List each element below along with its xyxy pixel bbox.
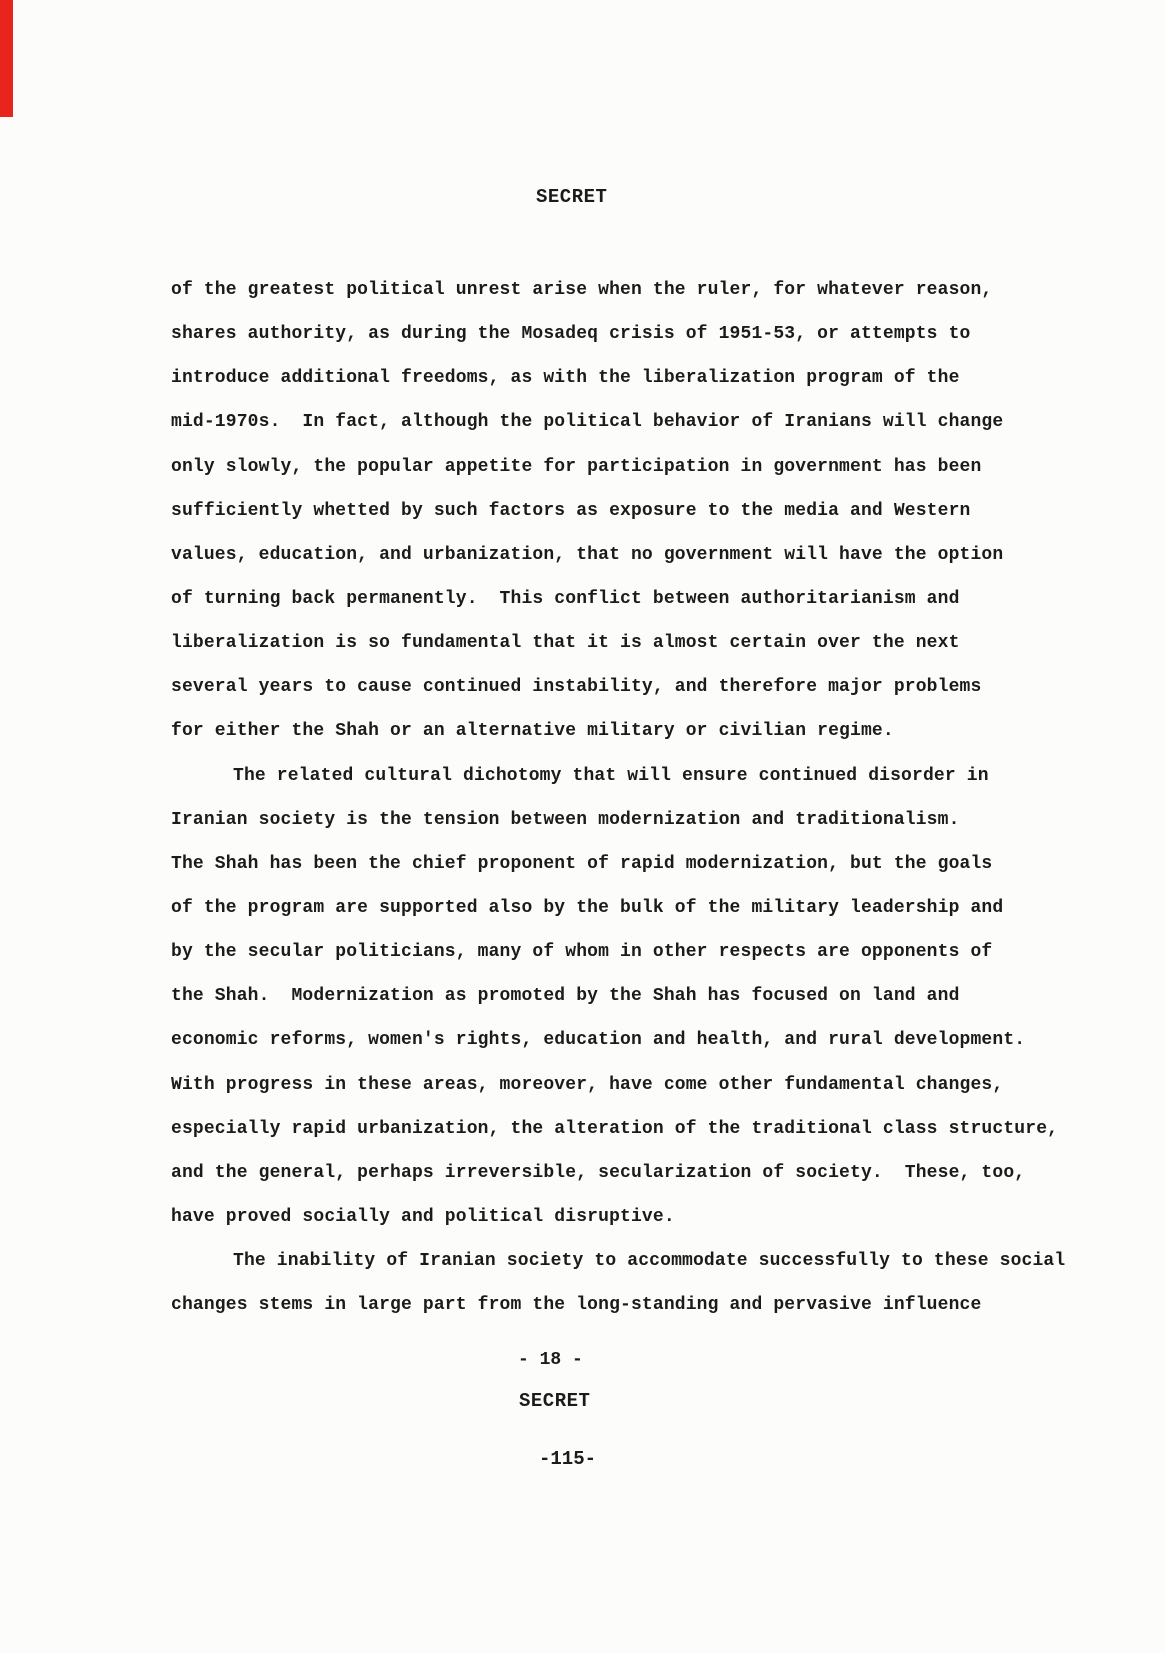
body-line: of the program are supported also by the… [171, 886, 1071, 930]
body-line: especially rapid urbanization, the alter… [171, 1107, 1071, 1151]
body-line: and the general, perhaps irreversible, s… [171, 1151, 1071, 1195]
body-line: liberalization is so fundamental that it… [171, 621, 1071, 665]
body-line: only slowly, the popular appetite for pa… [171, 445, 1071, 489]
document-body: of the greatest political unrest arise w… [171, 268, 1071, 1327]
body-line: economic reforms, women's rights, educat… [171, 1018, 1071, 1062]
body-line: introduce additional freedoms, as with t… [171, 356, 1071, 400]
red-margin-stripe [0, 0, 13, 117]
classification-footer: SECRET [519, 1390, 590, 1412]
body-line: values, education, and urbanization, tha… [171, 533, 1071, 577]
body-line: Iranian society is the tension between m… [171, 798, 1071, 842]
body-line: of turning back permanently. This confli… [171, 577, 1071, 621]
body-line-paragraph-start: The related cultural dichotomy that will… [171, 754, 1071, 798]
body-line: the Shah. Modernization as promoted by t… [171, 974, 1071, 1018]
body-line: shares authority, as during the Mosadeq … [171, 312, 1071, 356]
body-line: changes stems in large part from the lon… [171, 1283, 1071, 1327]
body-line: have proved socially and political disru… [171, 1195, 1071, 1239]
page-number: - 18 - [518, 1350, 583, 1370]
body-line: The Shah has been the chief proponent of… [171, 842, 1071, 886]
body-line: of the greatest political unrest arise w… [171, 268, 1071, 312]
body-line: several years to cause continued instabi… [171, 665, 1071, 709]
body-line: mid-1970s. In fact, although the politic… [171, 400, 1071, 444]
classification-header: SECRET [536, 186, 607, 208]
body-line: With progress in these areas, moreover, … [171, 1063, 1071, 1107]
body-line: for either the Shah or an alternative mi… [171, 709, 1071, 753]
scanned-document-page: SECRET of the greatest political unrest … [0, 0, 1165, 1653]
body-line-paragraph-start: The inability of Iranian society to acco… [171, 1239, 1071, 1283]
body-line: by the secular politicians, many of whom… [171, 930, 1071, 974]
stamp-page-number: -115- [539, 1448, 596, 1470]
body-line: sufficiently whetted by such factors as … [171, 489, 1071, 533]
